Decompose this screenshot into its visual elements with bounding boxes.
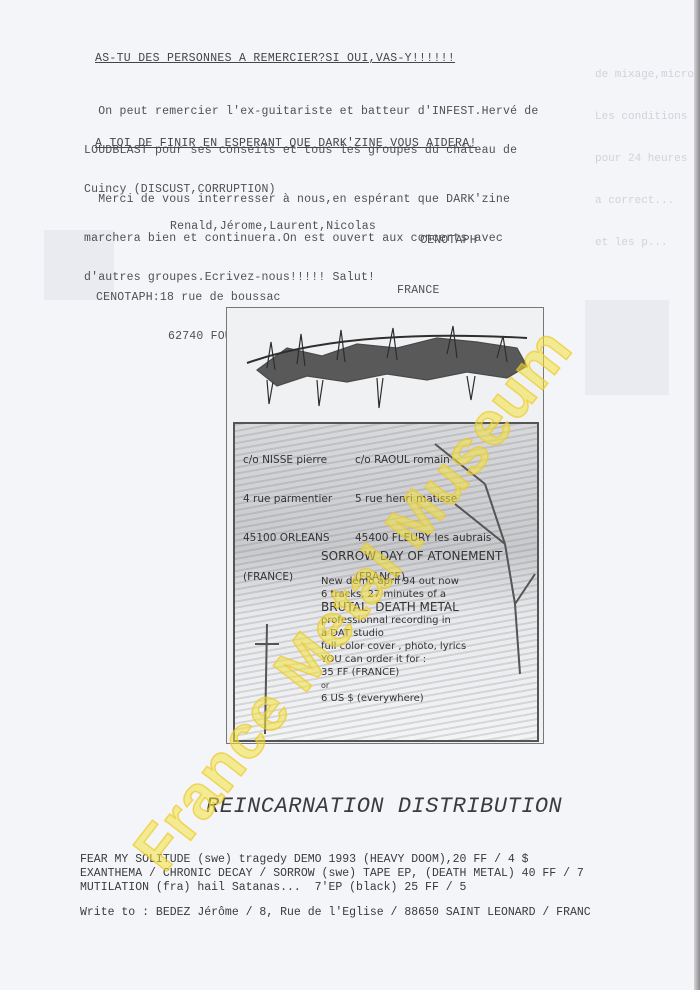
demo-title: SORROW DAY OF ATONEMENT bbox=[321, 550, 502, 563]
distribution-item: EXANTHEMA / CHRONIC DECAY / SORROW (swe)… bbox=[80, 867, 584, 880]
distribution-title: REINCARNATION DISTRIBUTION bbox=[206, 794, 562, 819]
contact-country: FRANCE bbox=[397, 284, 440, 297]
bleed-through-text: de mixage,micros, Les conditions pour 24… bbox=[595, 40, 700, 264]
finish-heading: A TOI DE FINIR EN ESPERANT QUE DARK'ZINE… bbox=[95, 137, 477, 150]
distribution-item: FEAR MY SOLITUDE (swe) tragedy DEMO 1993… bbox=[80, 853, 529, 866]
signature-names: Renald,Jérome,Laurent,Nicolas bbox=[170, 220, 376, 233]
flyer-artwork: c/o NISSE pierre 4 rue parmentier 45100 … bbox=[233, 422, 539, 742]
contact-street: 18 rue de boussac bbox=[160, 291, 281, 304]
demo-details: SORROW DAY OF ATONEMENT New demo april 9… bbox=[321, 550, 502, 705]
contact-label: CENOTAPH: bbox=[96, 291, 160, 304]
demo-flyer: c/o NISSE pierre 4 rue parmentier 45100 … bbox=[226, 307, 544, 744]
distribution-item: MUTILATION (fra) hail Satanas... 7'EP (b… bbox=[80, 881, 466, 894]
signature-band: CENOTAPH bbox=[420, 234, 477, 247]
distribution-write-to: Write to : BEDEZ Jérôme / 8, Rue de l'Eg… bbox=[80, 906, 591, 919]
page-edge bbox=[694, 0, 700, 990]
band-logo bbox=[227, 308, 543, 420]
thanks-heading: AS-TU DES PERSONNES A REMERCIER?SI OUI,V… bbox=[95, 52, 455, 65]
cenotaph-logo-icon bbox=[227, 308, 543, 420]
bleed-through-photo-right bbox=[585, 300, 669, 395]
